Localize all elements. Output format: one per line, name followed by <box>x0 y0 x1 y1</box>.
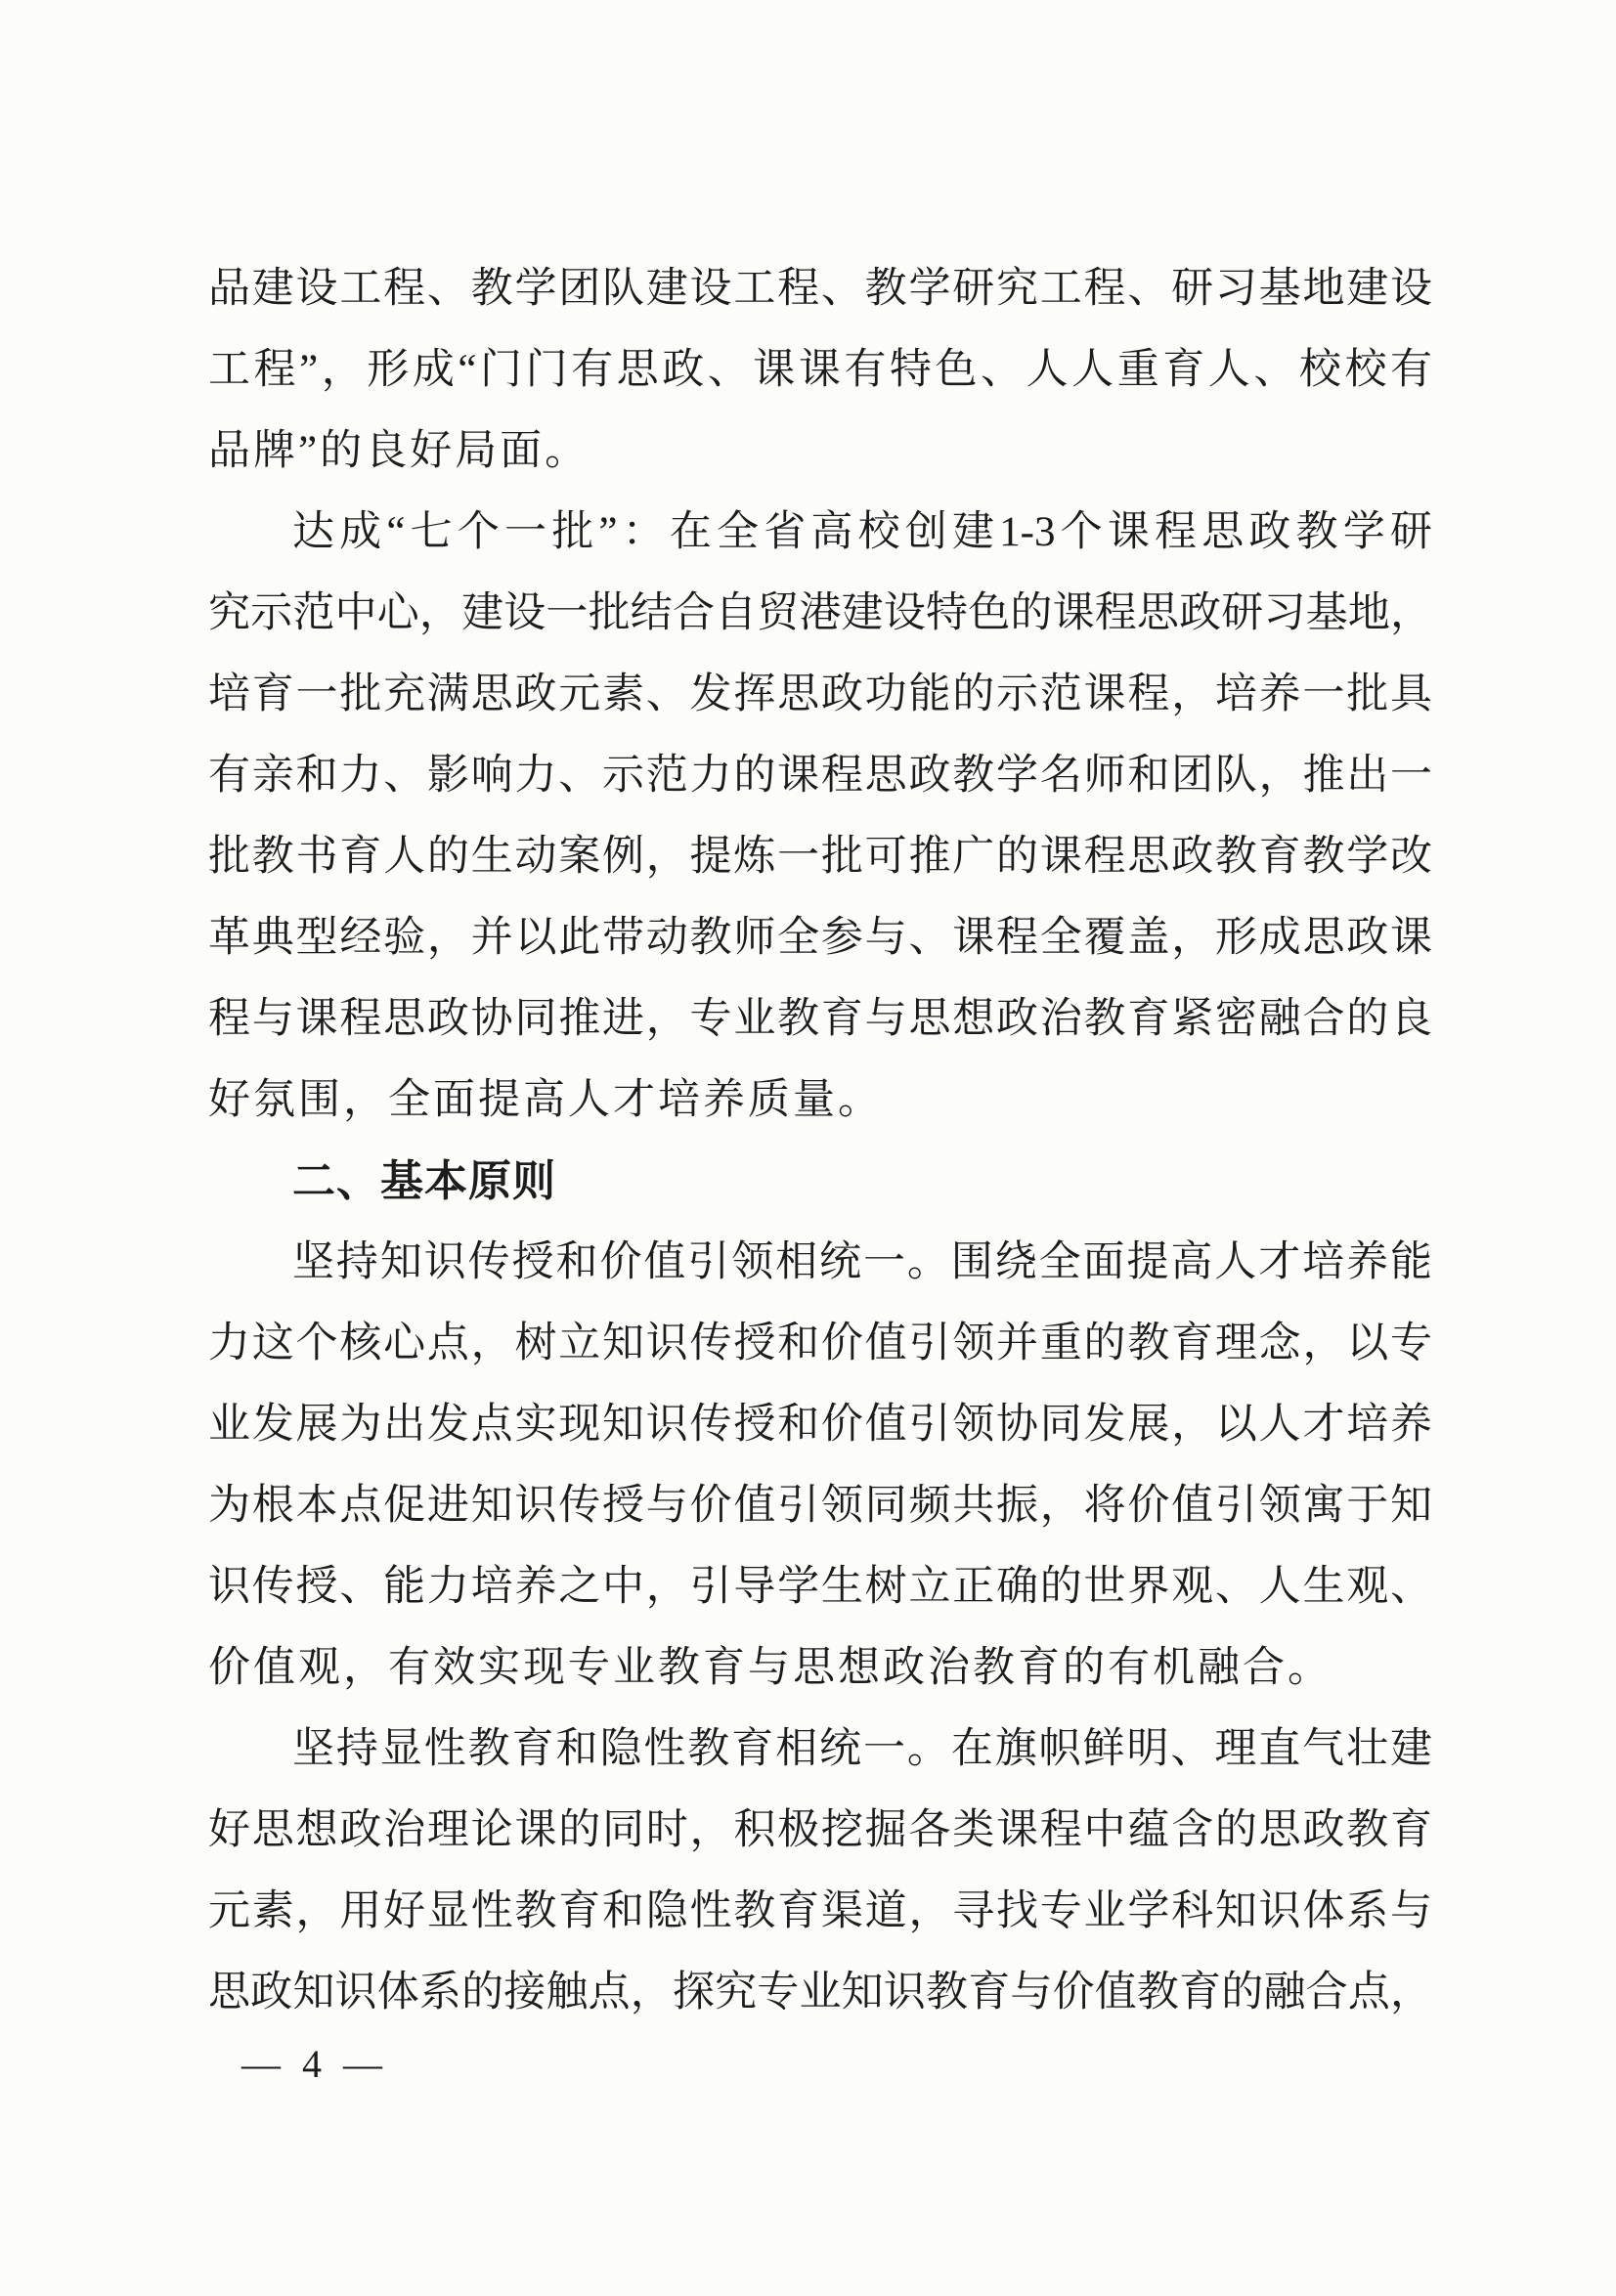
text-line: 达成“七个一批”：在全省高校创建1-3个课程思政教学研 <box>208 492 1432 573</box>
text-line: 好思想政治理论课的同时，积极挖掘各类课程中蕴含的思政教育 <box>208 1790 1432 1871</box>
paragraph-knowledge-value-unity: 坚持知识传授和价值引领相统一。围绕全面提高人才培养能 力这个核心点，树立知识传授… <box>208 1222 1432 1709</box>
text-line: 为根本点促进知识传授与价值引领同频共振，将价值引领寓于知 <box>208 1465 1432 1546</box>
section-heading-basic-principles: 二、基本原则 <box>208 1141 1432 1222</box>
text-line: 思政知识体系的接触点，探究专业知识教育与价值教育的融合点， <box>208 1952 1432 2033</box>
document-page: 品建设工程、教学团队建设工程、教学研究工程、研习基地建设 工程”，形成“门门有思… <box>0 0 1616 2296</box>
text-line: 价值观，有效实现专业教育与思想政治教育的有机融合。 <box>208 1627 1432 1709</box>
text-line: 好氛围，全面提高人才培养质量。 <box>208 1060 1432 1141</box>
text-line: 革典型经验，并以此带动教师全参与、课程全覆盖，形成思政课 <box>208 897 1432 978</box>
paragraph-seven-batches: 达成“七个一批”：在全省高校创建1-3个课程思政教学研 究示范中心，建设一批结合… <box>208 492 1432 1141</box>
page-footer: — 4 — <box>241 2041 388 2088</box>
text-line: 究示范中心，建设一批结合自贸港建设特色的课程思政研习基地， <box>208 573 1432 654</box>
text-line: 有亲和力、影响力、示范力的课程思政教学名师和团队，推出一 <box>208 735 1432 816</box>
text-line: 元素，用好显性教育和隐性教育渠道，寻找专业学科知识体系与 <box>208 1871 1432 1952</box>
section-heading: 二、基本原则 <box>208 1141 1432 1222</box>
text-line: 品建设工程、教学团队建设工程、教学研究工程、研习基地建设 <box>208 248 1432 329</box>
text-line: 程与课程思政协同推进，专业教育与思想政治教育紧密融合的良 <box>208 978 1432 1060</box>
text-line: 培育一批充满思政元素、发挥思政功能的示范课程，培养一批具 <box>208 654 1432 735</box>
paragraph-continuation: 品建设工程、教学团队建设工程、教学研究工程、研习基地建设 工程”，形成“门门有思… <box>208 248 1432 492</box>
text-line: 业发展为出发点实现知识传授和价值引领协同发展，以人才培养 <box>208 1384 1432 1465</box>
text-line: 坚持知识传授和价值引领相统一。围绕全面提高人才培养能 <box>208 1222 1432 1303</box>
text-line: 识传授、能力培养之中，引导学生树立正确的世界观、人生观、 <box>208 1546 1432 1627</box>
text-line: 力这个核心点，树立知识传授和价值引领并重的教育理念，以专 <box>208 1303 1432 1384</box>
text-line: 坚持显性教育和隐性教育相统一。在旗帜鲜明、理直气壮建 <box>208 1709 1432 1790</box>
document-body: 品建设工程、教学团队建设工程、教学研究工程、研习基地建设 工程”，形成“门门有思… <box>208 248 1432 2033</box>
page-number: — 4 — <box>241 2042 388 2086</box>
text-line: 品牌”的良好局面。 <box>208 411 1432 492</box>
text-line: 工程”，形成“门门有思政、课课有特色、人人重育人、校校有 <box>208 329 1432 411</box>
text-line: 批教书育人的生动案例，提炼一批可推广的课程思政教育教学改 <box>208 816 1432 897</box>
paragraph-explicit-implicit-education: 坚持显性教育和隐性教育相统一。在旗帜鲜明、理直气壮建 好思想政治理论课的同时，积… <box>208 1709 1432 2033</box>
